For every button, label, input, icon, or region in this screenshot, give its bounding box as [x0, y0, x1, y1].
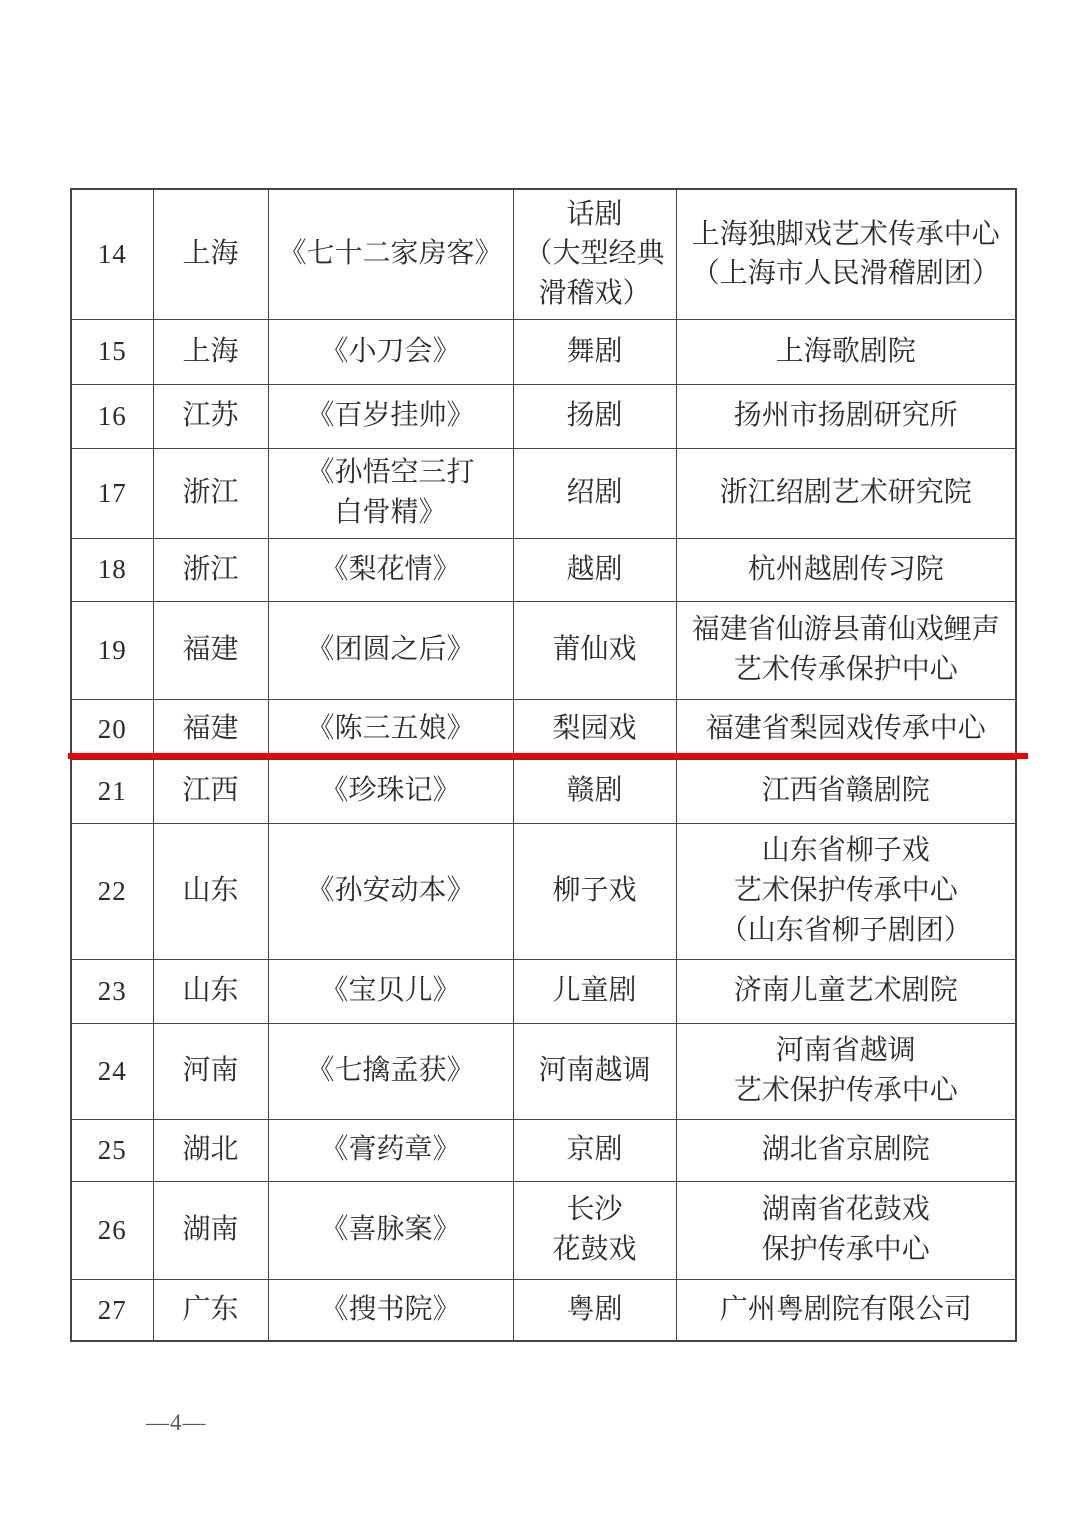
- cell-organization: 杭州越剧传习院: [676, 538, 1016, 601]
- cell-title: 《陈三五娘》: [268, 699, 513, 759]
- table-row: 18 浙江 《梨花情》 越剧 杭州越剧传习院: [71, 538, 1016, 601]
- cell-organization: 湖南省花鼓戏 保护传承中心: [676, 1181, 1016, 1279]
- table-row: 27 广东 《搜书院》 粤剧 广州粤剧院有限公司: [71, 1279, 1016, 1341]
- cell-no: 18: [71, 538, 153, 601]
- table-row: 14 上海 《七十二家房客》 话剧 （大型经典 滑稽戏） 上海独脚戏艺术传承中心…: [71, 189, 1016, 319]
- cell-title: 《膏药章》: [268, 1119, 513, 1181]
- cell-organization: 湖北省京剧院: [676, 1119, 1016, 1181]
- cell-province: 湖南: [153, 1181, 268, 1279]
- document-page: 14 上海 《七十二家房客》 话剧 （大型经典 滑稽戏） 上海独脚戏艺术传承中心…: [0, 0, 1080, 1530]
- cell-genre: 梨园戏: [513, 699, 676, 759]
- page-number: —4—: [146, 1410, 207, 1436]
- cell-no: 16: [71, 384, 153, 448]
- cell-title: 《梨花情》: [268, 538, 513, 601]
- cell-genre: 京剧: [513, 1119, 676, 1181]
- table-row: 19 福建 《团圆之后》 莆仙戏 福建省仙游县莆仙戏鲤声 艺术传承保护中心: [71, 601, 1016, 699]
- table-row: 21 江西 《珍珠记》 赣剧 江西省赣剧院: [71, 759, 1016, 823]
- cell-organization: 广州粤剧院有限公司: [676, 1279, 1016, 1341]
- cell-title: 《搜书院》: [268, 1279, 513, 1341]
- cell-organization: 福建省梨园戏传承中心: [676, 699, 1016, 759]
- cell-genre: 粤剧: [513, 1279, 676, 1341]
- cell-genre: 儿童剧: [513, 959, 676, 1023]
- cell-no: 19: [71, 601, 153, 699]
- cell-genre: 越剧: [513, 538, 676, 601]
- cell-genre: 柳子戏: [513, 823, 676, 959]
- program-list-table: 14 上海 《七十二家房客》 话剧 （大型经典 滑稽戏） 上海独脚戏艺术传承中心…: [70, 188, 1017, 1342]
- cell-title: 《百岁挂帅》: [268, 384, 513, 448]
- cell-province: 上海: [153, 189, 268, 319]
- cell-organization: 江西省赣剧院: [676, 759, 1016, 823]
- cell-province: 湖北: [153, 1119, 268, 1181]
- cell-organization: 济南儿童艺术剧院: [676, 959, 1016, 1023]
- cell-title: 《小刀会》: [268, 319, 513, 384]
- cell-organization: 上海歌剧院: [676, 319, 1016, 384]
- cell-no: 23: [71, 959, 153, 1023]
- table-row: 24 河南 《七擒孟获》 河南越调 河南省越调 艺术保护传承中心: [71, 1023, 1016, 1119]
- cell-organization: 浙江绍剧艺术研究院: [676, 448, 1016, 538]
- cell-title: 《孙悟空三打 白骨精》: [268, 448, 513, 538]
- table-row: 23 山东 《宝贝儿》 儿童剧 济南儿童艺术剧院: [71, 959, 1016, 1023]
- cell-province: 福建: [153, 699, 268, 759]
- cell-organization: 扬州市扬剧研究所: [676, 384, 1016, 448]
- table-row: 22 山东 《孙安动本》 柳子戏 山东省柳子戏 艺术保护传承中心 （山东省柳子剧…: [71, 823, 1016, 959]
- cell-no: 27: [71, 1279, 153, 1341]
- cell-no: 26: [71, 1181, 153, 1279]
- cell-organization: 山东省柳子戏 艺术保护传承中心 （山东省柳子剧团）: [676, 823, 1016, 959]
- table-row: 20 福建 《陈三五娘》 梨园戏 福建省梨园戏传承中心: [71, 699, 1016, 759]
- cell-no: 17: [71, 448, 153, 538]
- cell-genre: 扬剧: [513, 384, 676, 448]
- cell-no: 24: [71, 1023, 153, 1119]
- cell-no: 25: [71, 1119, 153, 1181]
- red-underline-divider: [68, 753, 1028, 759]
- cell-title: 《喜脉案》: [268, 1181, 513, 1279]
- cell-title: 《孙安动本》: [268, 823, 513, 959]
- cell-province: 江西: [153, 759, 268, 823]
- cell-genre: 舞剧: [513, 319, 676, 384]
- cell-province: 河南: [153, 1023, 268, 1119]
- cell-organization: 上海独脚戏艺术传承中心 （上海市人民滑稽剧团）: [676, 189, 1016, 319]
- cell-title: 《宝贝儿》: [268, 959, 513, 1023]
- cell-province: 山东: [153, 959, 268, 1023]
- cell-title: 《七擒孟获》: [268, 1023, 513, 1119]
- table-row: 25 湖北 《膏药章》 京剧 湖北省京剧院: [71, 1119, 1016, 1181]
- table-row: 15 上海 《小刀会》 舞剧 上海歌剧院: [71, 319, 1016, 384]
- table-row: 17 浙江 《孙悟空三打 白骨精》 绍剧 浙江绍剧艺术研究院: [71, 448, 1016, 538]
- table-row: 16 江苏 《百岁挂帅》 扬剧 扬州市扬剧研究所: [71, 384, 1016, 448]
- cell-no: 14: [71, 189, 153, 319]
- cell-province: 山东: [153, 823, 268, 959]
- cell-province: 浙江: [153, 448, 268, 538]
- cell-province: 浙江: [153, 538, 268, 601]
- cell-no: 21: [71, 759, 153, 823]
- cell-province: 广东: [153, 1279, 268, 1341]
- cell-genre: 河南越调: [513, 1023, 676, 1119]
- cell-province: 江苏: [153, 384, 268, 448]
- cell-organization: 福建省仙游县莆仙戏鲤声 艺术传承保护中心: [676, 601, 1016, 699]
- cell-no: 22: [71, 823, 153, 959]
- cell-genre: 莆仙戏: [513, 601, 676, 699]
- cell-no: 15: [71, 319, 153, 384]
- table-row: 26 湖南 《喜脉案》 长沙 花鼓戏 湖南省花鼓戏 保护传承中心: [71, 1181, 1016, 1279]
- cell-genre: 长沙 花鼓戏: [513, 1181, 676, 1279]
- cell-province: 福建: [153, 601, 268, 699]
- cell-title: 《珍珠记》: [268, 759, 513, 823]
- cell-province: 上海: [153, 319, 268, 384]
- cell-genre: 绍剧: [513, 448, 676, 538]
- cell-no: 20: [71, 699, 153, 759]
- cell-title: 《七十二家房客》: [268, 189, 513, 319]
- cell-organization: 河南省越调 艺术保护传承中心: [676, 1023, 1016, 1119]
- cell-genre: 赣剧: [513, 759, 676, 823]
- cell-genre: 话剧 （大型经典 滑稽戏）: [513, 189, 676, 319]
- cell-title: 《团圆之后》: [268, 601, 513, 699]
